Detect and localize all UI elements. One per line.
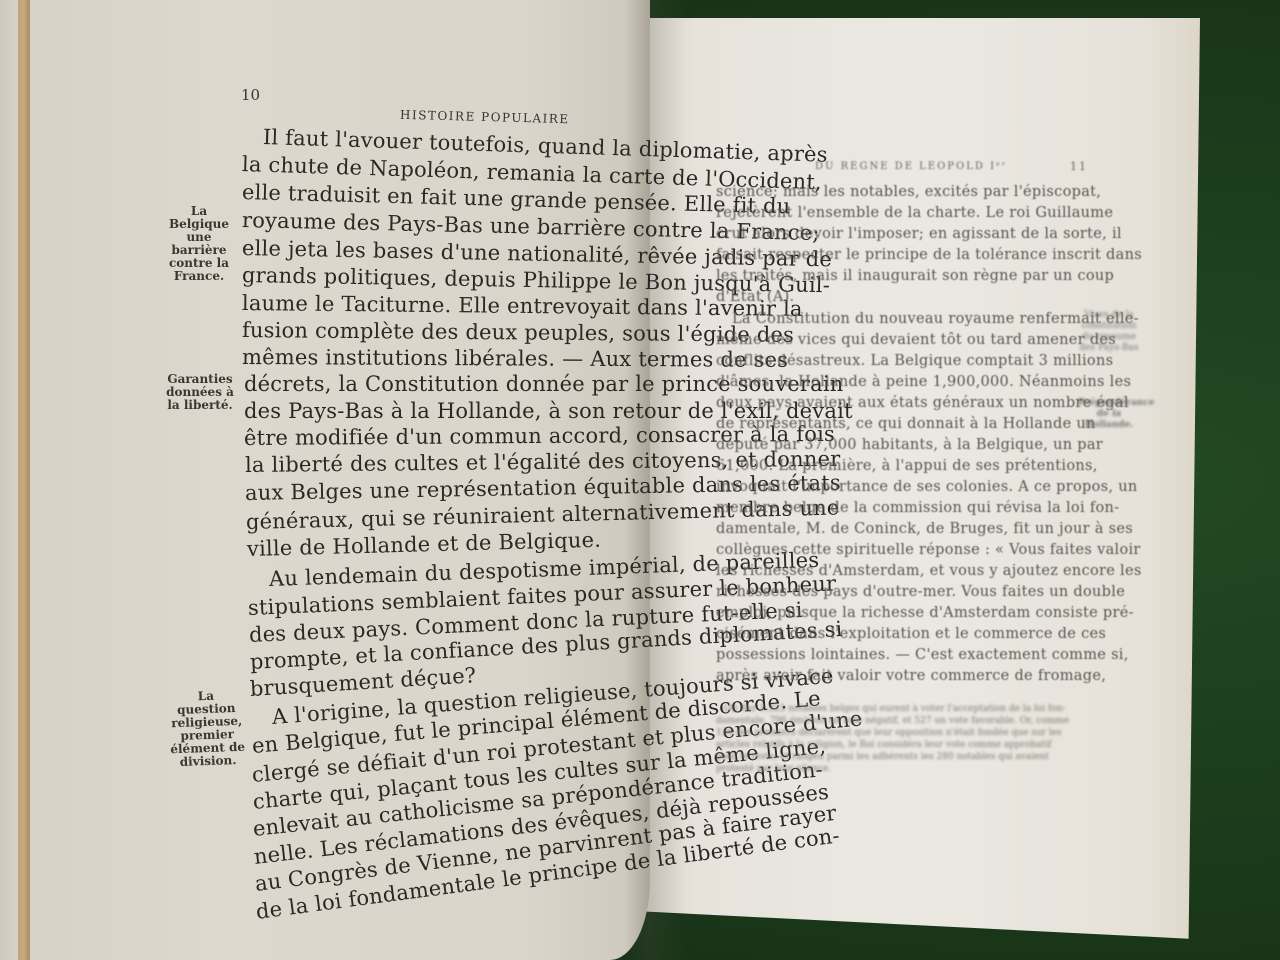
text-line: même des vices qui devaient tôt ou tard … [716, 332, 1116, 348]
text-line: damentale, M. de Coninck, de Bruges, fit… [716, 521, 1133, 537]
text-line: d'État (A). [716, 289, 794, 305]
footnote-line: articles relatifs à la religion, le Roi … [716, 740, 1051, 750]
text-line: fusion complète des deux peuples, sous l… [242, 318, 794, 347]
text-line: La Constitution du nouveau royaume renfe… [732, 311, 1139, 327]
footnote-line: pour le reste, et rangea parmi les adhér… [716, 752, 1049, 762]
text-line: mêmes institutions libérales. — Aux term… [242, 345, 788, 372]
footnote-line: (A) Sur 1,323 notables belges qui eurent… [724, 704, 1066, 714]
running-head-right: DU RÈGNE DE LÉOPOLD Iᵉʳ [815, 161, 1007, 172]
text-line: science; mais les notables, excités par … [716, 184, 1101, 200]
footnote-line: damentale, 796 émirent un vote négatif, … [716, 716, 1069, 726]
text-line: après avoir fait valoir votre commerce d… [716, 668, 1106, 684]
text-line: emploi, puisque la richesse d'Amsterdam … [716, 605, 1134, 621]
text-line: possessions lointaines. — C'est exacteme… [716, 647, 1129, 663]
margin-note: Garanties données à la liberté. [162, 373, 238, 412]
page-number-left: 10 [241, 86, 260, 104]
footnote-line: protesté par leur silence. [716, 764, 831, 774]
text-line: deux pays avaient aux états généraux un … [716, 395, 1129, 411]
text-line: rejetèrent l'ensemble de la charte. Le r… [716, 205, 1113, 221]
text-line: d'âmes, la Hollande à peine 1,900,000. N… [716, 374, 1131, 390]
text-line: de représentants, ce qui donnait à la Ho… [716, 416, 1096, 432]
text-line: 61,000. La première, à l'appui de ses pr… [716, 458, 1098, 474]
text-line: député par 37,000 habitants, à la Belgiq… [716, 437, 1103, 453]
text-line: conflits désastreux. La Belgique comptai… [716, 353, 1113, 369]
text-line: membre belge de la commission qui révisa… [716, 500, 1119, 516]
text-line: crut alors devoir l'imposer; en agissant… [716, 226, 1122, 242]
text-line: les traités, mais il inaugurait son règn… [716, 268, 1114, 284]
text-line: richesses des pays d'outre-mer. Vous fai… [716, 584, 1125, 600]
margin-note: La Belgique une barrière contre la Franc… [163, 205, 235, 283]
text-line: collègues cette spirituelle réponse : « … [716, 542, 1141, 558]
text-line: invoquait l'importance de ses colonies. … [716, 479, 1137, 495]
margin-note: La question religieuse, premier élément … [167, 689, 248, 770]
page-number-right: 11 [1070, 160, 1088, 173]
text-line: les richesses d'Amsterdam, et vous y ajo… [716, 563, 1142, 579]
text-line: faisait respecter le principe de la tolé… [716, 247, 1142, 263]
footnote-line: 126 des premiers déclarèrent que leur op… [716, 728, 1062, 738]
text-line: cisément dans l'exploitation et le comme… [716, 626, 1106, 642]
